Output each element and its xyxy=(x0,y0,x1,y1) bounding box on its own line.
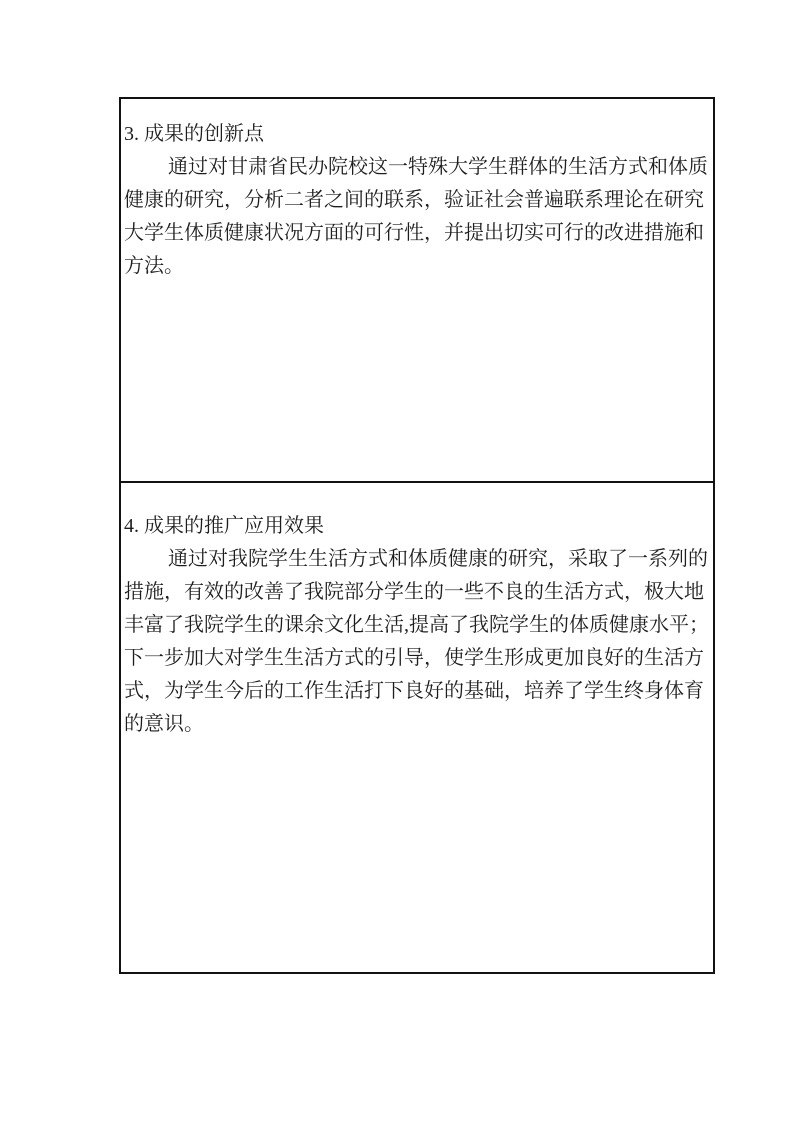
innovation-points-body: 通过对甘肃省民办院校这一特殊大学生群体的生活方式和体质 健康的研究，分析二者之间… xyxy=(124,151,703,283)
application-effects-heading: 4. 成果的推广应用效果 xyxy=(124,510,703,543)
section-innovation-points: 3. 成果的创新点 通过对甘肃省民办院校这一特殊大学生群体的生活方式和体质 健康… xyxy=(121,99,713,483)
application-effects-body: 通过对我院学生生活方式和体质健康的研究，采取了一系列的 措施，有效的改善了我院部… xyxy=(124,543,703,741)
innovation-points-heading: 3. 成果的创新点 xyxy=(124,118,703,151)
section-application-effects: 4. 成果的推广应用效果 通过对我院学生生活方式和体质健康的研究，采取了一系列的… xyxy=(121,483,713,972)
document-page: 3. 成果的创新点 通过对甘肃省民办院校这一特殊大学生群体的生活方式和体质 健康… xyxy=(0,0,794,1123)
results-form-table: 3. 成果的创新点 通过对甘肃省民办院校这一特殊大学生群体的生活方式和体质 健康… xyxy=(119,97,715,974)
